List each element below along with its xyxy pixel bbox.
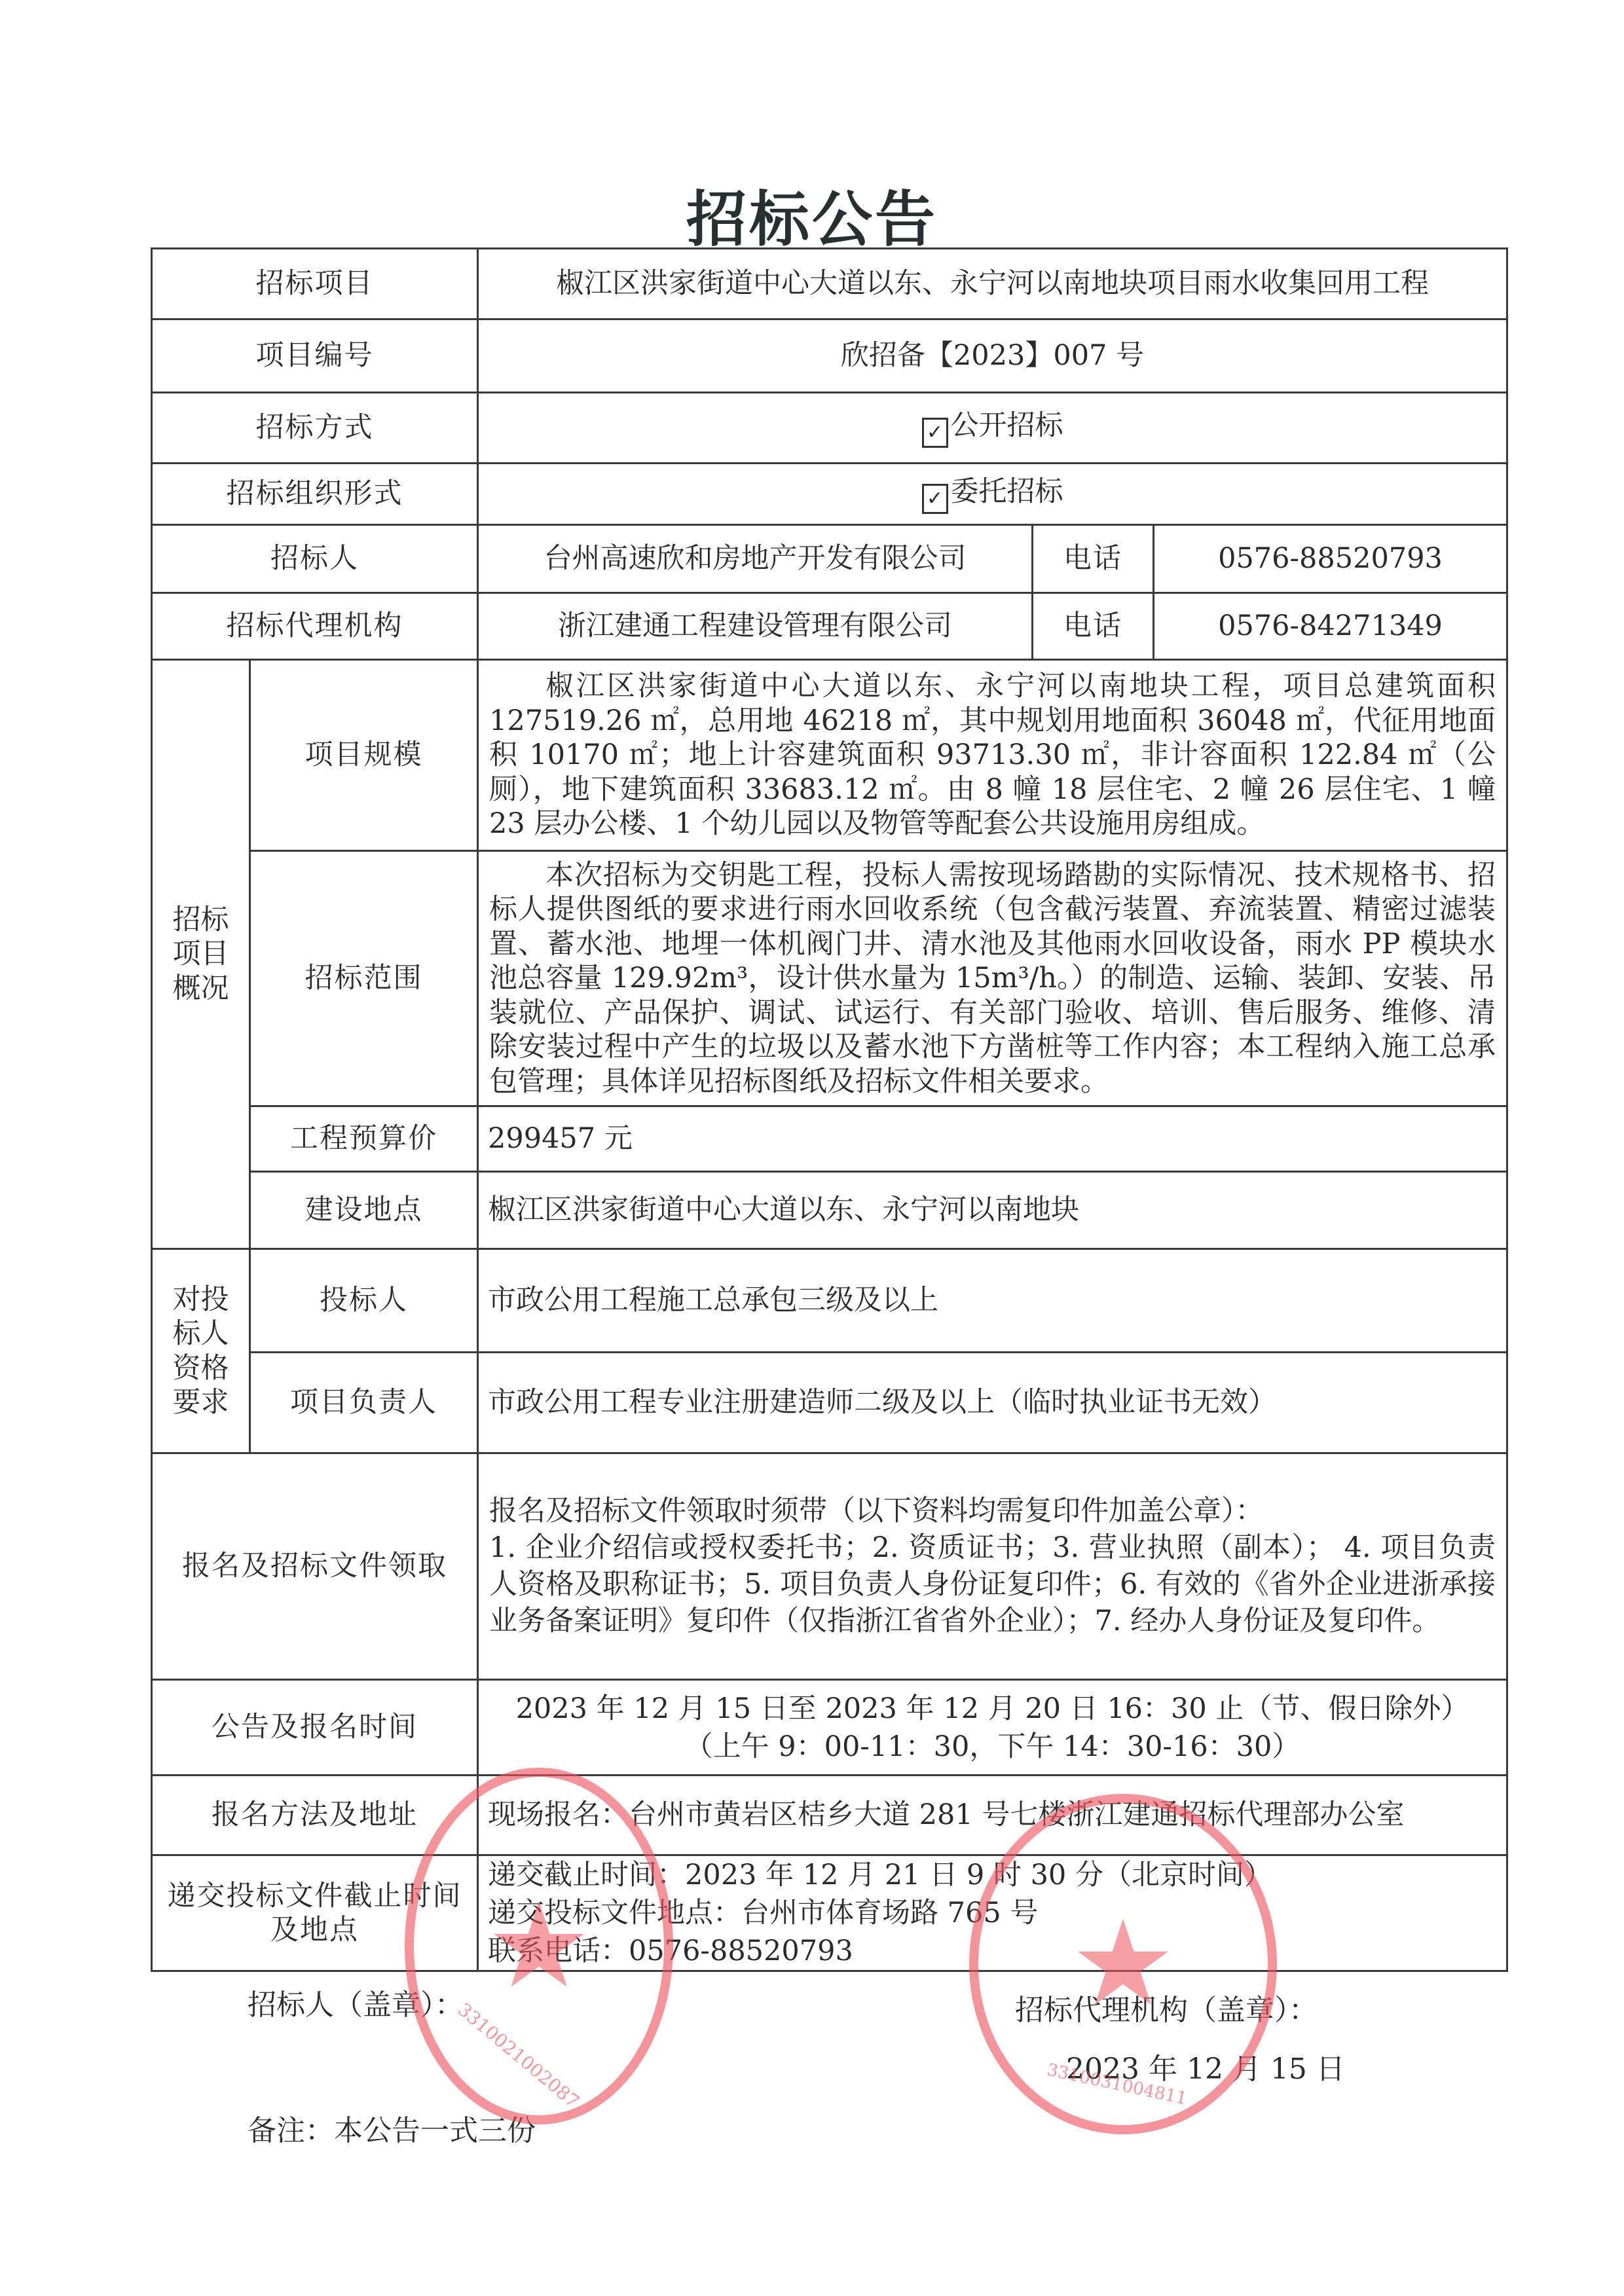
registration-intro: 报名及招标文件领取时须带（以下资料均需复印件加盖公章）： xyxy=(489,1493,1496,1530)
submission-deadline: 递交截止时间：2023 年 12 月 21 日 9 时 30 分（北京时间） xyxy=(488,1856,1497,1894)
row-project: 招标项目 椒江区洪家街道中心大道以东、永宁河以南地块项目雨水收集回用工程 xyxy=(152,249,1507,319)
row-manager-qual: 项目负责人 市政公用工程专业注册建造师二级及以上（临时执业证书无效） xyxy=(152,1353,1507,1453)
registration-items: 1. 企业介绍信或授权委托书；2. 资质证书；3. 营业执照（副本）； 4. 项… xyxy=(489,1530,1496,1640)
svg-text:3310021002087: 3310021002087 xyxy=(454,1999,583,2113)
row-project-no: 项目编号 欣招备【2023】007 号 xyxy=(152,319,1507,393)
checkbox-checked-icon[interactable]: ✓ xyxy=(922,418,948,448)
value-agency-phone: 0576-84271349 xyxy=(1154,593,1507,660)
row-tenderer: 招标人 台州高速欣和房地产开发有限公司 电话 0576-88520793 xyxy=(152,525,1507,593)
label-agency: 招标代理机构 xyxy=(152,593,478,660)
footer-note: 备注：本公告一式三份 xyxy=(248,2107,536,2149)
value-agency: 浙江建通工程建设管理有限公司 xyxy=(478,593,1033,660)
row-agency: 招标代理机构 浙江建通工程建设管理有限公司 电话 0576-84271349 xyxy=(152,593,1507,660)
label-scale: 项目规模 xyxy=(250,660,478,851)
value-tenderer: 台州高速欣和房地产开发有限公司 xyxy=(478,525,1033,593)
label-org-form: 招标组织形式 xyxy=(152,464,478,525)
label-agency-phone: 电话 xyxy=(1033,593,1154,660)
schedule-dates: 2023 年 12 月 15 日至 2023 年 12 月 20 日 16：30… xyxy=(488,1690,1497,1728)
label-project-no: 项目编号 xyxy=(152,319,478,393)
row-scope: 招标范围 本次招标为交钥匙工程，投标人需按现场踏勘的实际情况、技术规格书、招标人… xyxy=(152,851,1507,1106)
value-project-no: 欣招备【2023】007 号 xyxy=(478,319,1507,393)
label-location: 建设地点 xyxy=(250,1172,478,1249)
value-method: 公开招标 xyxy=(951,409,1063,442)
label-registration: 报名及招标文件领取 xyxy=(152,1453,478,1680)
page-title: 招标公告 xyxy=(0,172,1624,258)
row-signup: 报名方法及地址 现场报名：台州市黄岩区桔乡大道 281 号七楼浙江建通招标代理部… xyxy=(152,1776,1507,1855)
row-bidder-qual: 对投 标人 资格 要求 投标人 市政公用工程施工总承包三级及以上 xyxy=(152,1249,1507,1353)
row-scale: 招标 项目 概况 项目规模 椒江区洪家街道中心大道以东、永宁河以南地块工程，项目… xyxy=(152,660,1507,851)
submission-place: 递交投标文件地点：台州市体育场路 765 号 xyxy=(488,1894,1497,1932)
label-schedule: 公告及报名时间 xyxy=(152,1680,478,1776)
schedule-hours: （上午 9：00-11：30，下午 14：30-16：30） xyxy=(488,1728,1497,1766)
row-location: 建设地点 椒江区洪家街道中心大道以东、永宁河以南地块 xyxy=(152,1172,1507,1249)
tenderer-seal-label: 招标人（盖章）： xyxy=(248,1981,464,2023)
row-submission: 递交投标文件截止时间及地点 递交截止时间：2023 年 12 月 21 日 9 … xyxy=(152,1855,1507,1971)
submission-contact: 联系电话：0576-88520793 xyxy=(488,1932,1497,1970)
row-registration: 报名及招标文件领取 报名及招标文件领取时须带（以下资料均需复印件加盖公章）： 1… xyxy=(152,1453,1507,1680)
value-budget: 299457 元 xyxy=(478,1106,1507,1172)
value-location: 椒江区洪家街道中心大道以东、永宁河以南地块 xyxy=(478,1172,1507,1249)
value-manager: 市政公用工程专业注册建造师二级及以上（临时执业证书无效） xyxy=(478,1353,1507,1453)
row-org-form: 招标组织形式 ✓委托招标 xyxy=(152,464,1507,525)
value-org-form: 委托招标 xyxy=(951,475,1063,508)
label-method: 招标方式 xyxy=(152,393,478,464)
label-project: 招标项目 xyxy=(152,249,478,319)
row-budget: 工程预算价 299457 元 xyxy=(152,1106,1507,1172)
label-signup: 报名方法及地址 xyxy=(152,1776,478,1855)
label-scope: 招标范围 xyxy=(250,851,478,1106)
notice-date: 2023 年 12 月 15 日 xyxy=(1066,2045,1345,2087)
row-method: 招标方式 ✓公开招标 xyxy=(152,393,1507,464)
group-label-qualification: 对投 标人 资格 要求 xyxy=(152,1249,250,1453)
label-tenderer-phone: 电话 xyxy=(1033,525,1154,593)
value-bidder: 市政公用工程施工总承包三级及以上 xyxy=(478,1249,1507,1353)
row-schedule: 公告及报名时间 2023 年 12 月 15 日至 2023 年 12 月 20… xyxy=(152,1680,1507,1776)
value-project: 椒江区洪家街道中心大道以东、永宁河以南地块项目雨水收集回用工程 xyxy=(478,249,1507,319)
label-manager: 项目负责人 xyxy=(250,1353,478,1453)
checkbox-checked-icon[interactable]: ✓ xyxy=(922,484,948,514)
tender-notice-table: 招标项目 椒江区洪家街道中心大道以东、永宁河以南地块项目雨水收集回用工程 项目编… xyxy=(151,247,1508,1972)
value-scale: 椒江区洪家街道中心大道以东、永宁河以南地块工程，项目总建筑面积 127519.2… xyxy=(478,660,1507,851)
value-tenderer-phone: 0576-88520793 xyxy=(1154,525,1507,593)
label-budget: 工程预算价 xyxy=(250,1106,478,1172)
label-tenderer: 招标人 xyxy=(152,525,478,593)
agency-seal-label: 招标代理机构（盖章）： xyxy=(1015,1986,1318,2028)
label-bidder: 投标人 xyxy=(250,1249,478,1353)
group-label-overview: 招标 项目 概况 xyxy=(152,660,250,1249)
value-scope: 本次招标为交钥匙工程，投标人需按现场踏勘的实际情况、技术规格书、招标人提供图纸的… xyxy=(478,851,1507,1106)
value-signup: 现场报名：台州市黄岩区桔乡大道 281 号七楼浙江建通招标代理部办公室 xyxy=(478,1776,1507,1855)
label-submission: 递交投标文件截止时间及地点 xyxy=(152,1855,478,1971)
